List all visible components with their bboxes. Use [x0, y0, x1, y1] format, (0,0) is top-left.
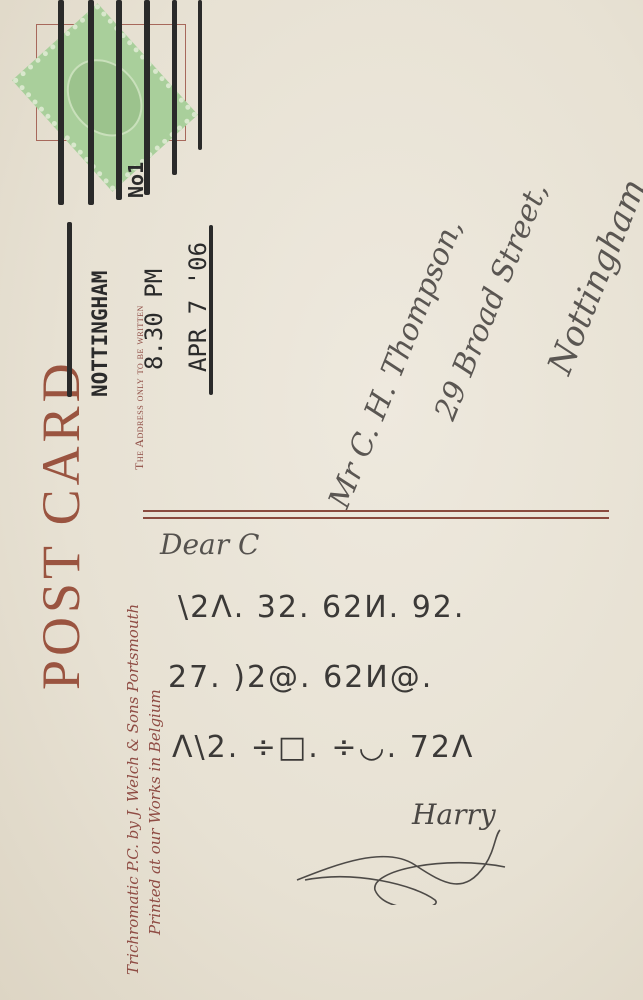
- postmark-number: No1: [124, 162, 148, 198]
- postmark-rule: [67, 222, 72, 397]
- cancel-bar: [88, 0, 94, 205]
- post-card-title: POST CARD: [30, 359, 92, 690]
- message-line-3: Λ\2. ÷□. ÷◡. 72Λ: [172, 730, 474, 765]
- cancel-bar: [198, 0, 202, 150]
- postmark-time: 8.30 PM: [140, 269, 168, 370]
- message-line-1: \2Λ. 32. 62И. 92.: [178, 590, 465, 625]
- publisher-line-2: Printed at our Works in Belgium: [144, 604, 166, 975]
- address-line-2: 29 Broad Street,: [428, 178, 555, 426]
- message-line-2: 27. )2@. 62И@.: [168, 660, 433, 695]
- postcard-back: POST CARD Trichromatic P.C. by J. Welch …: [0, 0, 643, 1000]
- divider-line-top: [143, 510, 609, 512]
- stamp-portrait-icon: [52, 44, 159, 152]
- cancel-bar: [58, 0, 64, 205]
- address-line-3: Nottingham.: [540, 164, 643, 380]
- cancel-bar: [116, 0, 122, 200]
- postmark-city: NOTTINGHAM: [88, 271, 112, 397]
- publisher-imprint: Trichromatic P.C. by J. Welch & Sons Por…: [122, 604, 166, 975]
- publisher-line-1: Trichromatic P.C. by J. Welch & Sons Por…: [122, 604, 144, 975]
- message-greeting: Dear C: [160, 528, 259, 561]
- cancel-bar: [172, 0, 177, 175]
- postmark-date: APR 7 '06: [184, 242, 212, 372]
- divider-line-bottom: [143, 517, 609, 519]
- signature-flourish-icon: [295, 825, 515, 905]
